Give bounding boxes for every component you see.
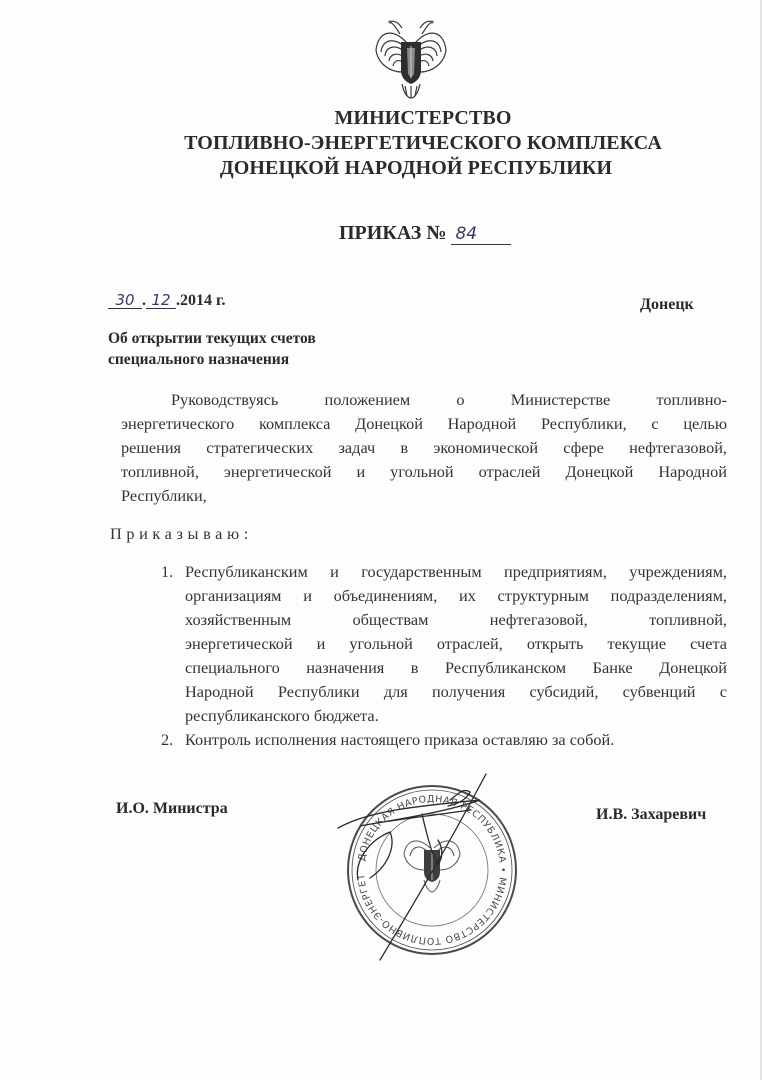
header-line-2: ТОПЛИВНО-ЭНЕРГЕТИЧЕСКОГО КОМПЛЕКСА xyxy=(0,131,762,156)
signatory-name: И.В. Захаревич xyxy=(596,806,706,824)
item-line: хозяйственным обществам нефтегазовой, то… xyxy=(185,608,727,632)
city: Донецк xyxy=(640,296,694,314)
preamble-line: решения стратегических задач в экономиче… xyxy=(121,436,727,460)
item-line: Контроль исполнения настоящего приказа о… xyxy=(185,728,727,752)
order-subject: Об открытии текущих счетов специального … xyxy=(108,328,316,370)
signatory-position: И.О. Министра xyxy=(116,800,228,818)
order-item: 2. Контроль исполнения настоящего приказ… xyxy=(155,728,727,752)
order-label: ПРИКАЗ № xyxy=(339,222,446,244)
item-line: специального назначения в Республиканско… xyxy=(185,656,727,680)
ministry-header: МИНИСТЕРСТВО ТОПЛИВНО-ЭНЕРГЕТИЧЕСКОГО КО… xyxy=(0,106,762,181)
subject-line-2: специального назначения xyxy=(108,349,316,370)
header-line-3: ДОНЕЦКОЙ НАРОДНОЙ РЕСПУБЛИКИ xyxy=(0,156,762,181)
preamble-line: топливной, энергетической и угольной отр… xyxy=(121,460,727,484)
preamble-paragraph: Руководствуясь положением о Министерстве… xyxy=(121,388,727,508)
official-seal-icon: ДОНЕЦКАЯ НАРОДНАЯ РЕСПУБЛИКА • МИНИСТЕРС… xyxy=(342,780,522,960)
subject-line-1: Об открытии текущих счетов xyxy=(108,328,316,349)
order-title: ПРИКАЗ № 84 xyxy=(339,222,511,245)
decree-word: Приказываю: xyxy=(110,524,253,544)
item-line: организациям и объединениям, их структур… xyxy=(185,584,727,608)
order-number: 84 xyxy=(451,224,511,245)
document-page: МИНИСТЕРСТВО ТОПЛИВНО-ЭНЕРГЕТИЧЕСКОГО КО… xyxy=(0,0,762,1080)
item-line: энергетической и угольной отраслей, откр… xyxy=(185,632,727,656)
date-month: 12 xyxy=(146,292,176,309)
item-number: 2. xyxy=(161,728,173,752)
date-day: 30 xyxy=(108,292,142,309)
item-line: Народной Республики для получения субсид… xyxy=(185,680,727,704)
coat-of-arms-icon xyxy=(372,14,450,100)
preamble-line: энергетического комплекса Донецкой Народ… xyxy=(121,412,727,436)
preamble-line: Республики, xyxy=(121,484,727,508)
item-line: республиканского бюджета. xyxy=(185,704,727,728)
order-date: 30.12.2014 г. xyxy=(108,292,225,310)
item-line: Республиканским и государственным предпр… xyxy=(185,560,727,584)
preamble-line: Руководствуясь положением о Министерстве… xyxy=(121,388,727,412)
order-items: 1. Республиканским и государственным пре… xyxy=(155,560,727,752)
date-year: .2014 г. xyxy=(176,292,225,309)
item-number: 1. xyxy=(161,560,173,584)
header-line-1: МИНИСТЕРСТВО xyxy=(0,106,762,131)
order-item: 1. Республиканским и государственным пре… xyxy=(155,560,727,728)
